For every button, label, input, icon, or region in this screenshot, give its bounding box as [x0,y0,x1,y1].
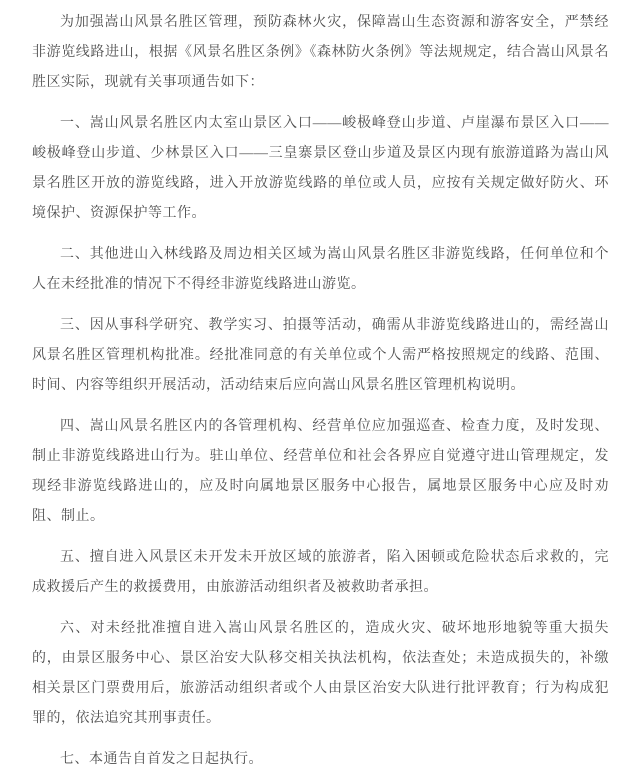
notice-item-2: 二、其他进山入林线路及周边相关区域为嵩山风景名胜区非游览线路，任何单位和个人在未… [32,240,609,300]
document-page: 为加强嵩山风景名胜区管理，预防森林火灾，保障嵩山生态资源和游客安全，严禁经非游览… [0,0,640,775]
notice-item-3: 三、因从事科学研究、教学实习、拍摄等活动，确需从非游览线路进山的，需经嵩山风景名… [32,311,609,401]
notice-item-1: 一、嵩山风景名胜区内太室山景区入口——峻极峰登山步道、卢崖瀑布景区入口——峻极峰… [32,109,609,229]
notice-item-5: 五、擅自进入风景区未开发未开放区域的旅游者，陷入困顿或危险状态后求救的，完成救援… [32,543,609,603]
notice-item-6: 六、对未经批准擅自进入嵩山风景名胜区的，造成火灾、破坏地形地貌等重大损失的，由景… [32,614,609,734]
notice-item-7: 七、本通告自首发之日起执行。 [32,745,609,775]
notice-item-4: 四、嵩山风景名胜区内的各管理机构、经营单位应加强巡查、检查力度，及时发现、制止非… [32,412,609,532]
notice-intro-paragraph: 为加强嵩山风景名胜区管理，预防森林火灾，保障嵩山生态资源和游客安全，严禁经非游览… [32,8,609,98]
